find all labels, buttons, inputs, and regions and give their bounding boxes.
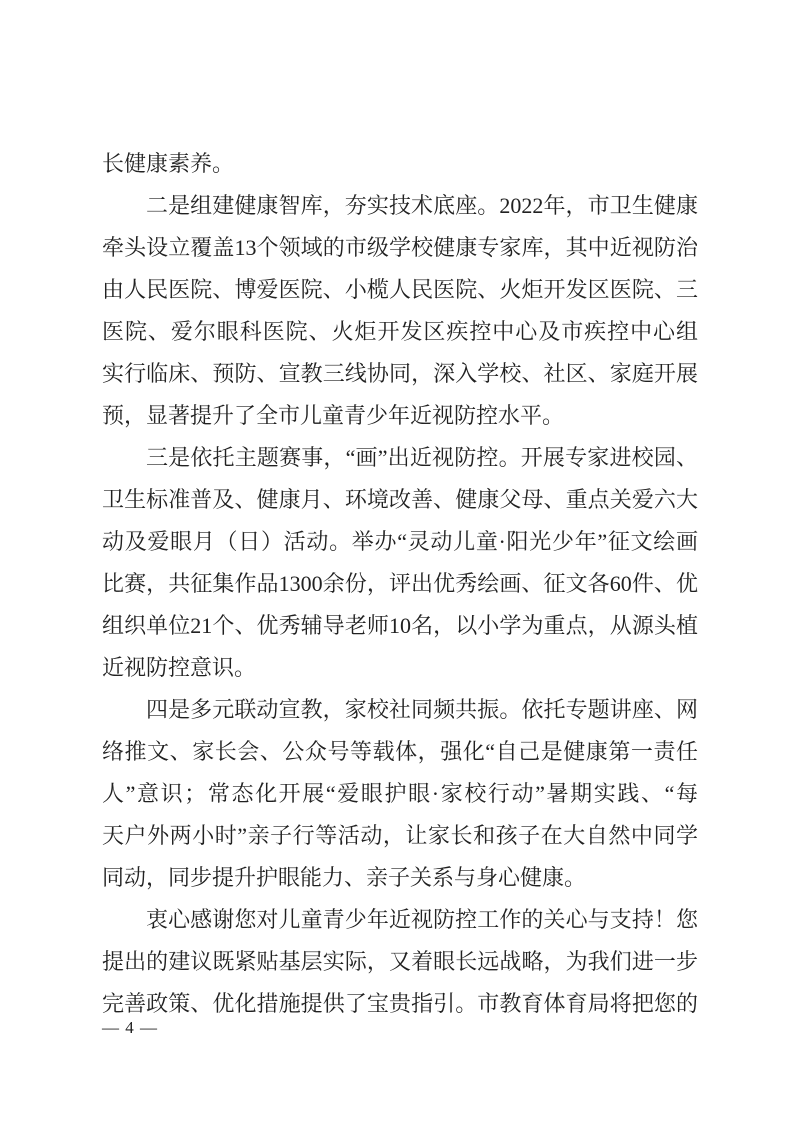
text-line: 人”意识；常态化开展“爱眼护眼·家校行动”暑期实践、“每 bbox=[102, 773, 698, 815]
text-line: 卫生标准普及、健康月、环境改善、健康父母、重点关爱六大行 bbox=[102, 479, 698, 521]
text-line: 衷心感谢您对儿童青少年近视防控工作的关心与支持！您 bbox=[102, 899, 698, 941]
document-page: 长健康素养。 二是组建健康智库，夯实技术底座。2022年，市卫生健康局 牵头设立… bbox=[0, 0, 800, 1131]
text-line: 同动，同步提升护眼能力、亲子关系与身心健康。 bbox=[102, 857, 698, 899]
text-line: 组织单位21个、优秀辅导老师10名，以小学为重点，从源头植入 bbox=[102, 605, 698, 647]
text-line: 预，显著提升了全市儿童青少年近视防控水平。 bbox=[102, 395, 698, 437]
text-line: 长健康素养。 bbox=[102, 143, 698, 185]
text-line: 由人民医院、博爱医院、小榄人民医院、火炬开发区医院、三乡 bbox=[102, 269, 698, 311]
text-line: 提出的建议既紧贴基层实际，又着眼长远战略，为我们进一步 bbox=[102, 941, 698, 983]
text-line: 四是多元联动宣教，家校社同频共振。依托专题讲座、网 bbox=[102, 689, 698, 731]
text-line: 络推文、家长会、公众号等载体，强化“自己是健康第一责任 bbox=[102, 731, 698, 773]
text-line: 牵头设立覆盖13个领域的市级学校健康专家库，其中近视防治组 bbox=[102, 227, 698, 269]
text-line: 医院、爱尔眼科医院、火炬开发区疾控中心及市疾控中心组成， bbox=[102, 311, 698, 353]
text-line: 比赛，共征集作品1300余份，评出优秀绘画、征文各60件、优秀 bbox=[102, 563, 698, 605]
text-line: 实行临床、预防、宣教三线协同，深入学校、社区、家庭开展干 bbox=[102, 353, 698, 395]
page-number: — 4 — bbox=[102, 1017, 158, 1039]
document-body: 长健康素养。 二是组建健康智库，夯实技术底座。2022年，市卫生健康局 牵头设立… bbox=[102, 143, 698, 1025]
text-line: 二是组建健康智库，夯实技术底座。2022年，市卫生健康局 bbox=[102, 185, 698, 227]
text-line: 动及爱眼月（日）活动。举办“灵动儿童·阳光少年”征文绘画 bbox=[102, 521, 698, 563]
text-line: 三是依托主题赛事，“画”出近视防控。开展专家进校园、 bbox=[102, 437, 698, 479]
text-line: 近视防控意识。 bbox=[102, 647, 698, 689]
text-line: 天户外两小时”亲子行等活动，让家长和孩子在大自然中同学 bbox=[102, 815, 698, 857]
text-line: 完善政策、优化措施提供了宝贵指引。市教育体育局将把您的 bbox=[102, 983, 698, 1025]
